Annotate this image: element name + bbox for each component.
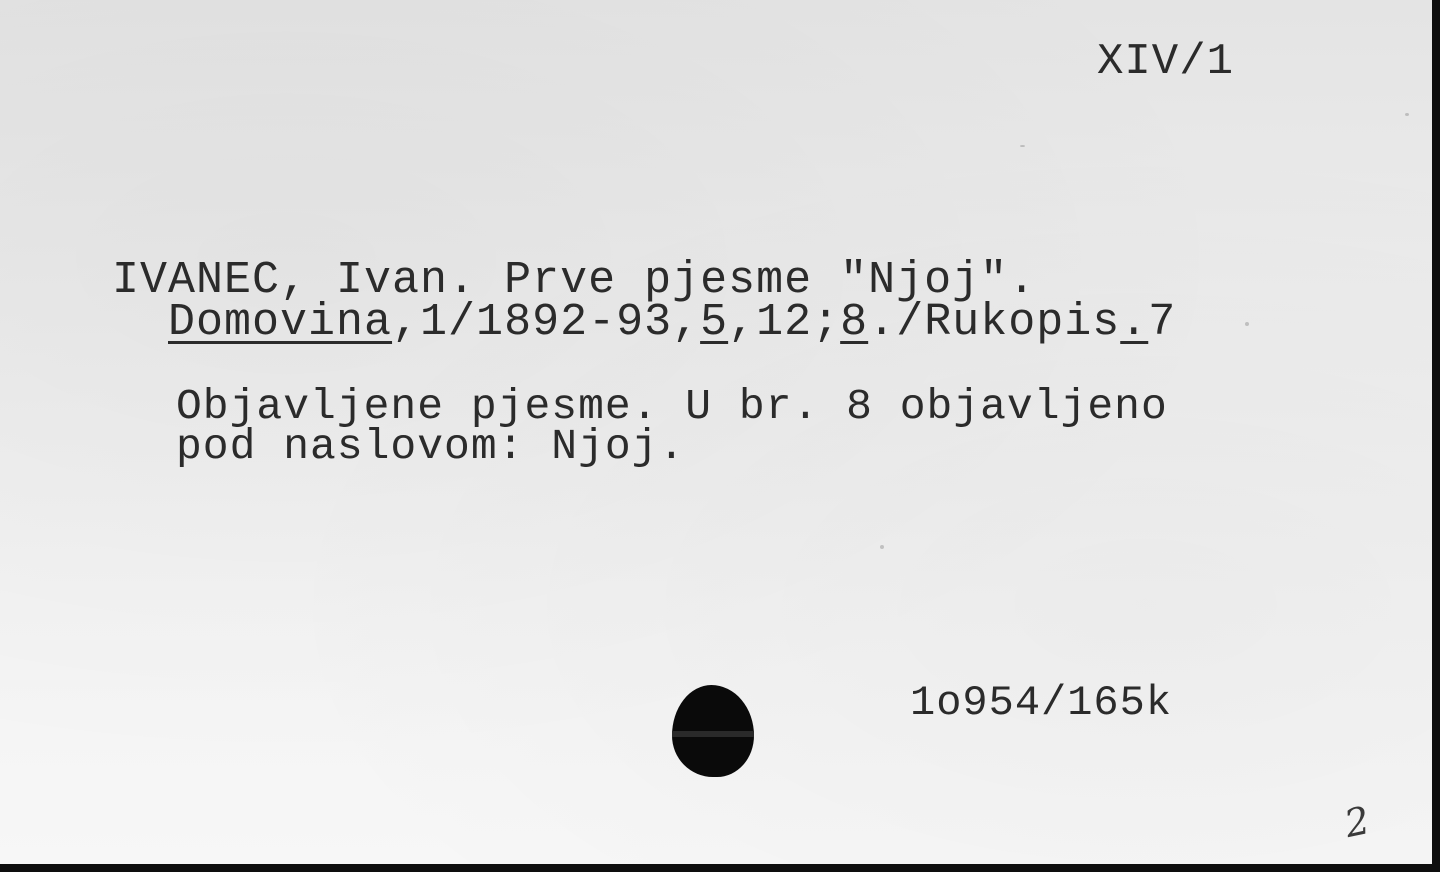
- source-volume: ,1/1892-93,: [392, 297, 700, 348]
- note-line-2: pod naslovom: Njoj.: [176, 425, 685, 468]
- catalog-card: XIV/1 IVANEC, Ivan. Prve pjesme "Njoj". …: [0, 0, 1432, 864]
- source-sep: ,12;: [728, 297, 840, 348]
- speck: [1020, 145, 1025, 147]
- handwritten-mark: 2: [1341, 798, 1374, 846]
- speck: [880, 545, 884, 549]
- source-dot: .: [868, 297, 896, 348]
- speck: [1405, 113, 1409, 116]
- card-edge-right: [1432, 0, 1440, 872]
- bracket-close: 7: [1148, 297, 1176, 348]
- source-issue-a: 5: [700, 297, 728, 348]
- bracket-open: /: [896, 297, 924, 348]
- source-issue-b: 8: [840, 297, 868, 348]
- bracket-note: Rukopis: [924, 297, 1120, 348]
- accession-number: 1o954/165k: [910, 682, 1172, 724]
- punch-hole: [672, 685, 754, 777]
- entry-source: Domovina,1/1892-93,5,12;8./Rukopis.7: [168, 300, 1176, 345]
- call-number: XIV/1: [1097, 40, 1234, 84]
- source-journal: Domovina: [168, 297, 392, 348]
- card-edge-bottom: [0, 864, 1440, 872]
- speck: [1245, 322, 1249, 326]
- bracket-dot: .: [1120, 297, 1148, 348]
